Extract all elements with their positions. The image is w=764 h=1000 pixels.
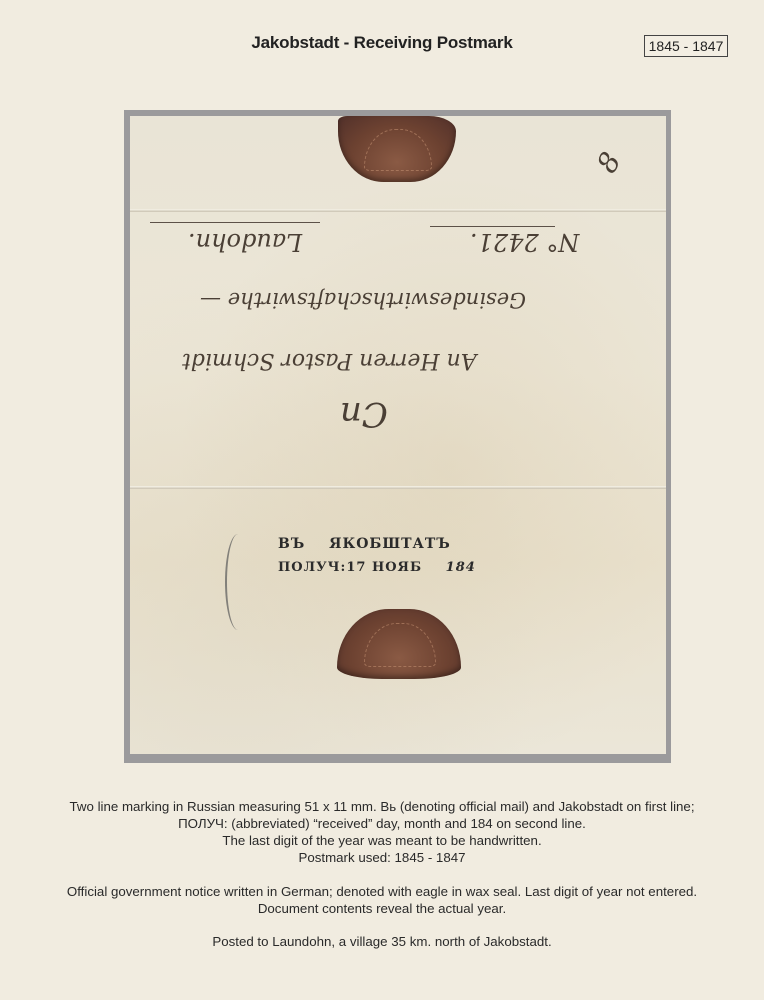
caption-paragraph-1: Two line marking in Russian measuring 51… xyxy=(0,798,764,866)
wax-seal-bottom xyxy=(337,609,461,679)
caption-line: Two line marking in Russian measuring 51… xyxy=(0,798,764,815)
handwritten-title: Gesindeswirthschaftswirthe — xyxy=(200,288,526,312)
postmark-date: 17 НОЯБ xyxy=(346,560,422,575)
caption-line: Posted to Laundohn, a village 35 km. nor… xyxy=(0,933,764,950)
handwritten-salutation: Cn xyxy=(340,394,388,434)
caption-line: The last digit of the year was meant to … xyxy=(0,832,764,849)
corner-handwritten-mark: 8 xyxy=(590,147,627,179)
caption-line: Postmark used: 1845 - 1847 xyxy=(0,849,764,866)
handwritten-place: Laudohn. xyxy=(188,228,302,256)
postmark-year: 184 xyxy=(446,560,476,575)
postmark-town: ЯКОБШТАТЪ xyxy=(329,536,451,552)
caption-paragraph-3: Posted to Laundohn, a village 35 km. nor… xyxy=(0,933,764,950)
handwritten-number: N° 2421. xyxy=(470,228,579,256)
postmark-received-label: ПОЛУЧ: xyxy=(278,560,346,575)
handwritten-addressee: An Herren Pastor Schmidt xyxy=(182,348,477,373)
date-range-box: 1845 - 1847 xyxy=(644,35,728,57)
postmark-prefix: ВЪ xyxy=(278,536,305,552)
handwriting-underline xyxy=(150,222,320,223)
folded-letter-cover: 8 Laudohn. N° 2421. Gesindeswirthschafts… xyxy=(130,116,666,754)
wax-seal-top xyxy=(338,116,456,182)
pencil-arc-mark xyxy=(225,534,251,630)
caption-paragraph-2: Official government notice written in Ge… xyxy=(0,883,764,917)
caption-line: Official government notice written in Ge… xyxy=(0,883,764,900)
receiving-postmark: ВЪ ЯКОБШТАТЪ ПОЛУЧ:17 НОЯБ 184 xyxy=(278,536,476,575)
fold-line-middle xyxy=(130,486,666,489)
fold-line-top xyxy=(130,209,666,212)
caption-line: ПОЛУЧ: (abbreviated) “received” day, mon… xyxy=(0,815,764,832)
caption-line: Document contents reveal the actual year… xyxy=(0,900,764,917)
handwriting-underline xyxy=(430,226,555,227)
